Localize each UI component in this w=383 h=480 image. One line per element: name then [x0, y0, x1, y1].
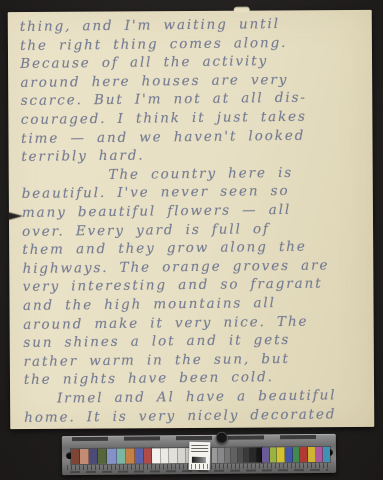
color-patch: [169, 448, 178, 463]
letter-line: very interesting and so fragrant: [23, 276, 323, 295]
letter-line: over. Every yard is full of: [22, 221, 270, 240]
grayscale-ramp-light: [152, 448, 194, 463]
color-patch: [98, 449, 107, 464]
color-patch: [126, 449, 135, 464]
color-patches-right: [262, 447, 330, 463]
color-patch: [270, 447, 278, 462]
letter-paper: thing, and I'm waiting untilthe right th…: [8, 10, 375, 429]
color-patch: [71, 449, 80, 464]
letter-line: rather warm in the sun, but: [24, 351, 290, 370]
letter-line: highways. The orange groves are: [22, 257, 329, 276]
color-patch: [293, 447, 301, 462]
letter-line: and the high mountains all: [23, 295, 276, 314]
color-patch: [152, 448, 161, 463]
color-patch: [262, 447, 270, 462]
scanned-letter-page: thing, and I'm waiting untilthe right th…: [0, 0, 383, 480]
color-calibration-bar: [62, 434, 336, 475]
color-patch: [323, 447, 330, 462]
color-patch: [308, 447, 316, 462]
color-patch: [161, 448, 170, 463]
label-mini-scale: [192, 457, 206, 463]
color-patch: [89, 449, 98, 464]
color-patch: [316, 447, 324, 462]
bar-top-markings: [72, 435, 326, 441]
handwritten-letter-text: thing, and I'm waiting untilthe right th…: [7, 9, 376, 430]
letter-line: beautiful. I've never seen so: [22, 183, 290, 202]
color-patch: [178, 448, 187, 463]
color-patch: [144, 448, 152, 463]
color-patch: [116, 449, 125, 464]
color-patch: [277, 447, 285, 462]
color-patch: [285, 447, 293, 462]
color-patch: [135, 448, 144, 463]
letter-line: couraged. I think it just takes: [21, 109, 307, 128]
letter-line: around make it very nice. The: [23, 313, 308, 332]
letter-line: Because of all the activity: [20, 53, 268, 72]
color-patch: [80, 449, 89, 464]
letter-line: many beautiful flowers — all: [22, 202, 291, 221]
letter-line: sun shines a lot and it gets: [23, 332, 290, 351]
letter-line: thing, and I'm waiting until: [20, 16, 280, 35]
letter-line: time — and we haven't looked: [21, 127, 305, 146]
color-patches-left: [71, 448, 152, 464]
letter-line: The country here is: [108, 165, 293, 183]
label-text-lines: [191, 445, 208, 453]
letter-line: Irmel and Al have a beautiful: [57, 387, 337, 406]
letter-line: the right thing comes along.: [20, 34, 287, 53]
bar-center-knob: [216, 432, 228, 444]
letter-line: them and they grow along the: [22, 239, 307, 258]
grayscale-ramp-dark: [212, 447, 262, 462]
color-patch: [300, 447, 308, 462]
letter-line: home. It is very nicely decorated: [24, 406, 336, 426]
color-patch: [107, 449, 116, 464]
letter-line: terribly hard.: [21, 148, 144, 165]
letter-line: the nights have been cold.: [24, 369, 274, 388]
letter-line: scarce. But I'm not at all dis-: [21, 90, 307, 109]
letter-line: around here houses are very: [20, 72, 288, 91]
